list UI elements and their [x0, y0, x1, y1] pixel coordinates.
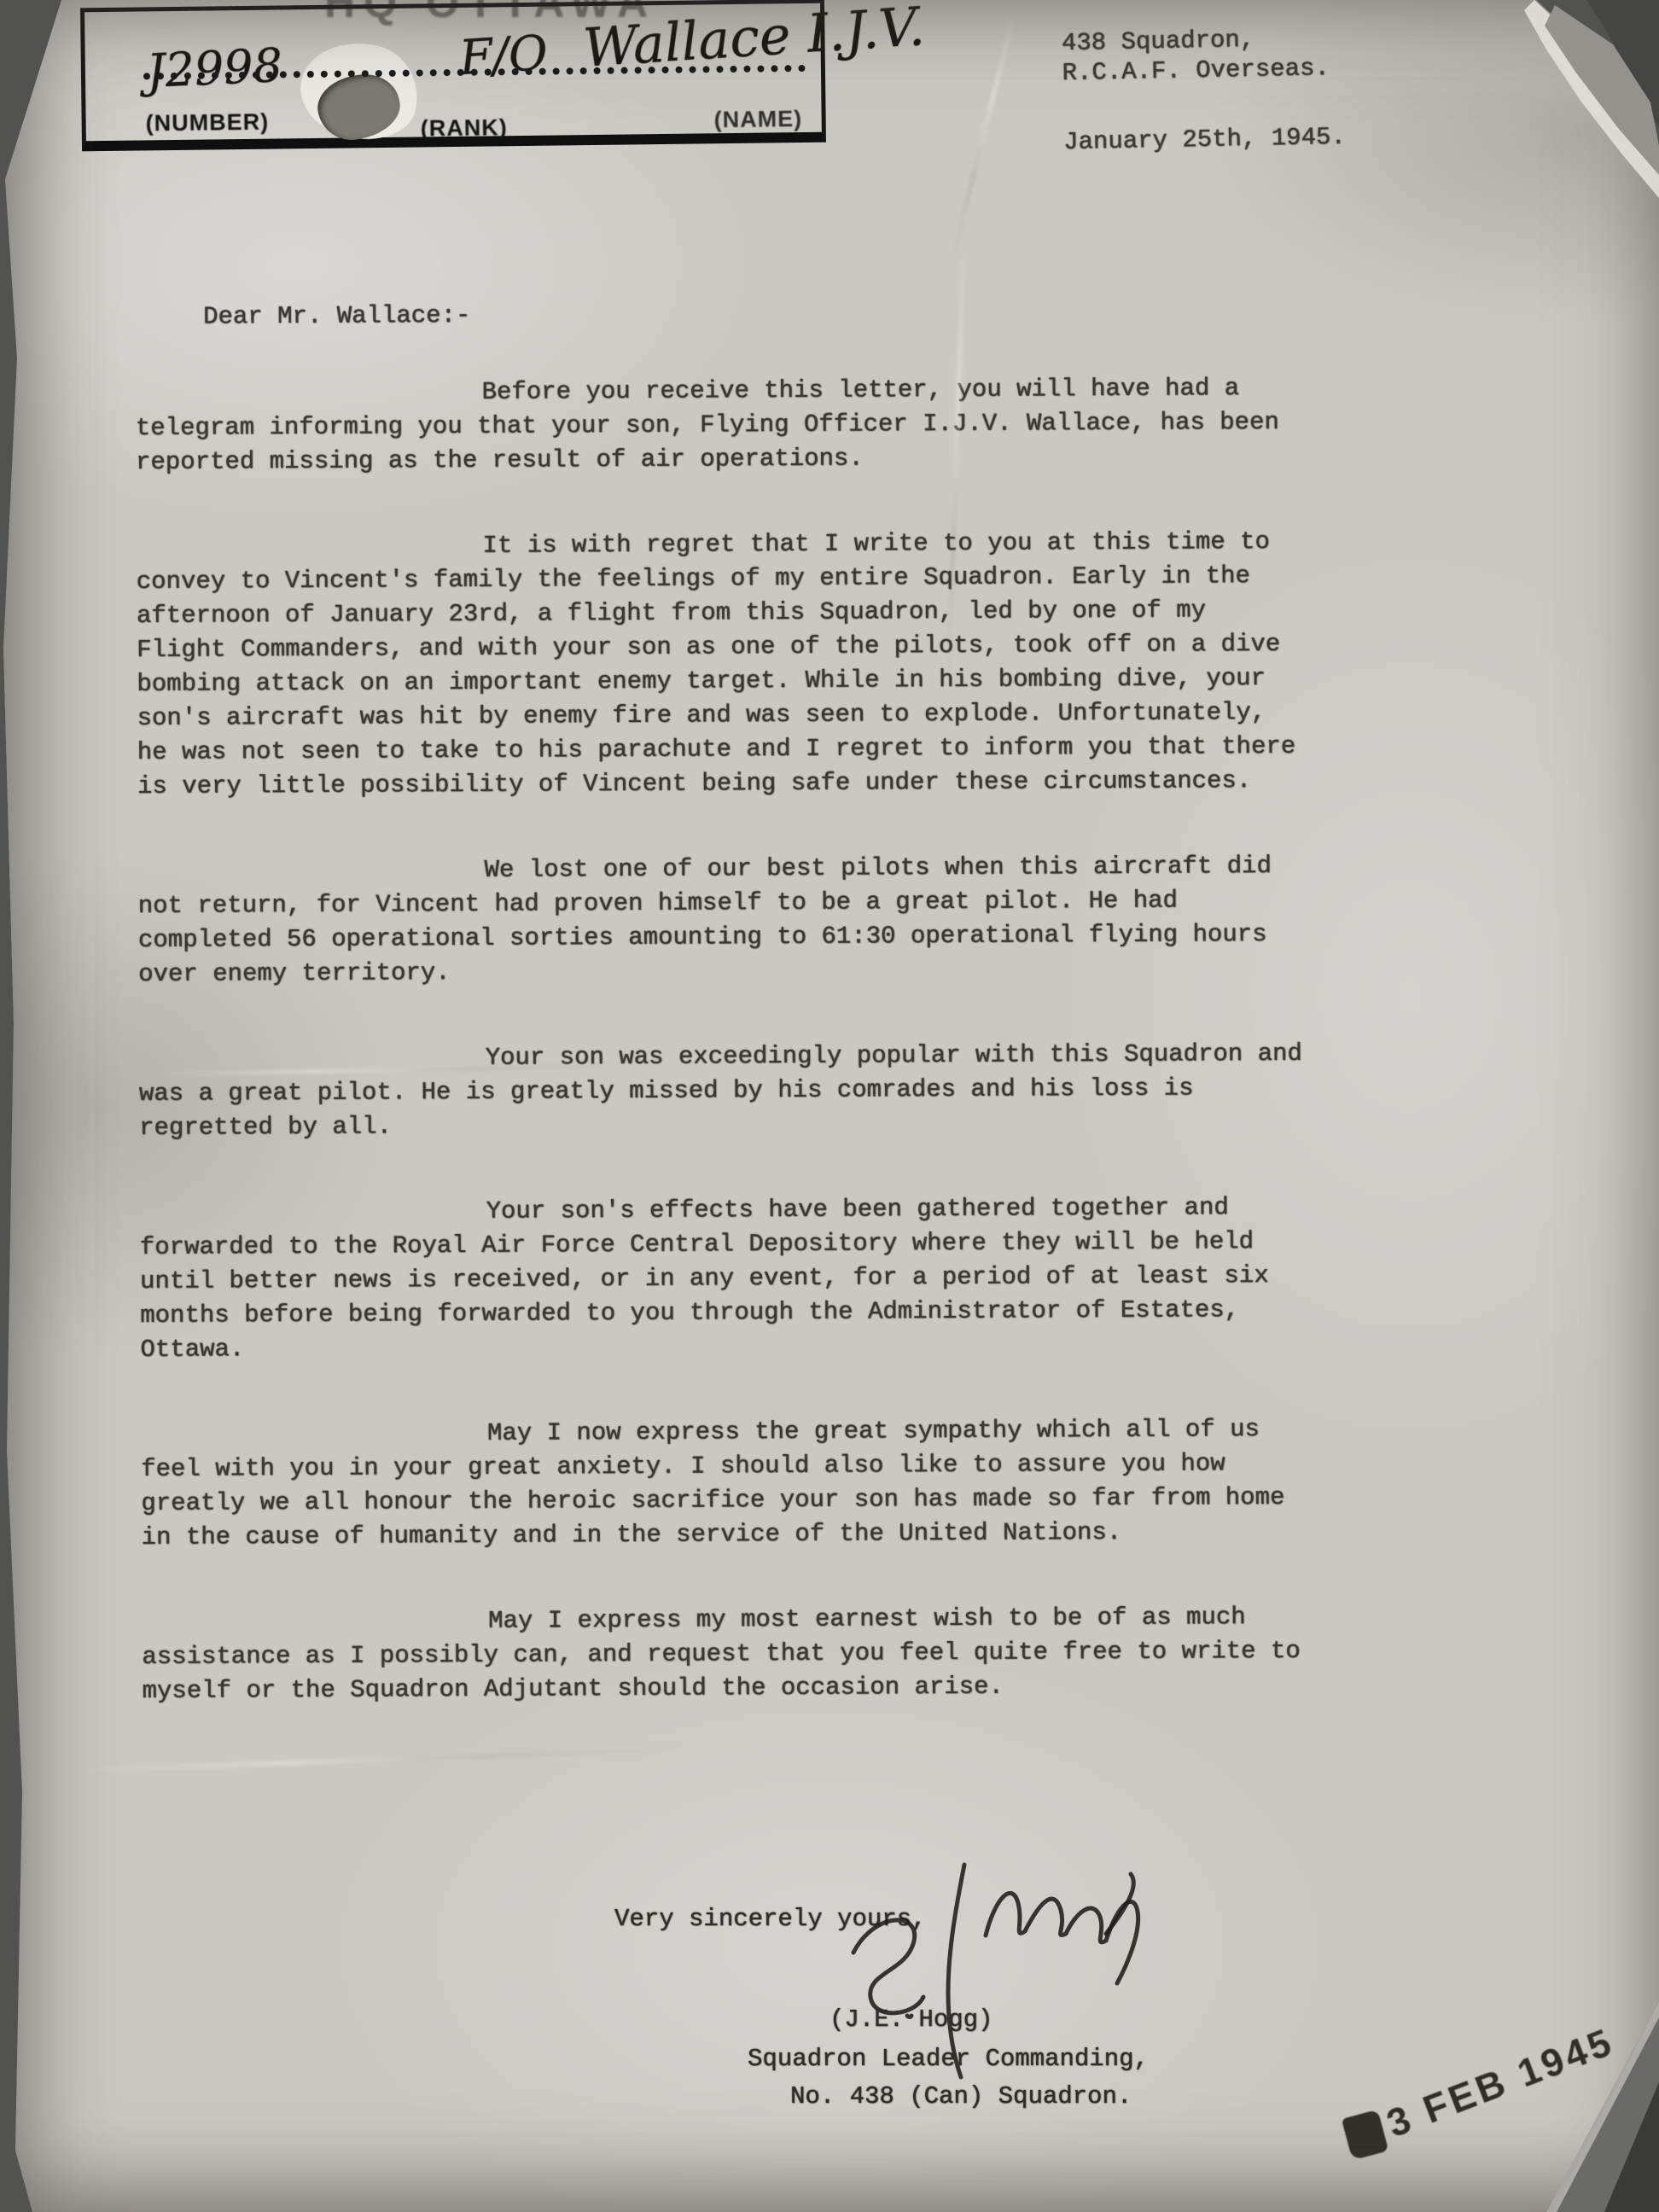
ink-blotch: [1342, 2110, 1388, 2161]
signer-title-line2: No. 438 (Can) Squadron.: [790, 2082, 1132, 2110]
paragraph-1: Before you receive this letter, you will…: [135, 371, 1307, 480]
paragraph-7: May I express my most earnest wish to be…: [142, 1600, 1313, 1708]
letter-page: HQ OTTAWA J2998 F/OWallace I.J.V. (NUMBE…: [0, 0, 1659, 2212]
letter-body: Dear Mr. Wallace:- Before you receive th…: [135, 294, 1313, 1760]
paragraph-6: May I now express the great sympathy whi…: [141, 1412, 1313, 1555]
salutation: Dear Mr. Wallace:-: [135, 294, 1306, 335]
letterhead: 438 Squadron, R.C.A.F. Overseas. January…: [1062, 23, 1346, 157]
paragraph-3: We lost one of our best pilots when this…: [137, 849, 1309, 992]
signature-stroke-e-loop: [853, 1920, 923, 2013]
service-number-handwritten: J2998: [145, 38, 283, 98]
corner-dark-bed: [1604, 2082, 1659, 2212]
identification-stamp-box: J2998 F/OWallace I.J.V. (NUMBER) (RANK) …: [80, 0, 826, 151]
paragraph-4: Your son was exceedingly popular with th…: [139, 1037, 1311, 1145]
signature-stroke-hogg: [986, 1893, 1138, 1983]
paper-crease-top: [951, 12, 1016, 261]
letterhead-unit-line2: R.C.A.F. Overseas.: [1062, 53, 1344, 88]
number-label: (NUMBER): [145, 109, 269, 137]
paragraph-5: Your son's effects have been gathered to…: [139, 1190, 1311, 1367]
received-date-text: 3 FEB 1945: [1381, 2019, 1620, 2146]
paragraph-2: It is with regret that I write to you at…: [136, 525, 1308, 804]
rank-label: (RANK): [421, 114, 508, 142]
rank-handwritten: F/O: [457, 26, 550, 87]
letter-date: January 25th, 1945.: [1063, 122, 1346, 157]
name-label: (NAME): [713, 106, 802, 133]
paper-hole: [300, 43, 419, 140]
signature-typed-name: (J.E. Hogg): [829, 2005, 992, 2034]
received-date-stamp: 3 FEB 1945: [1340, 2019, 1621, 2163]
signer-title-line1: Squadron Leader Commanding,: [748, 2045, 1149, 2073]
